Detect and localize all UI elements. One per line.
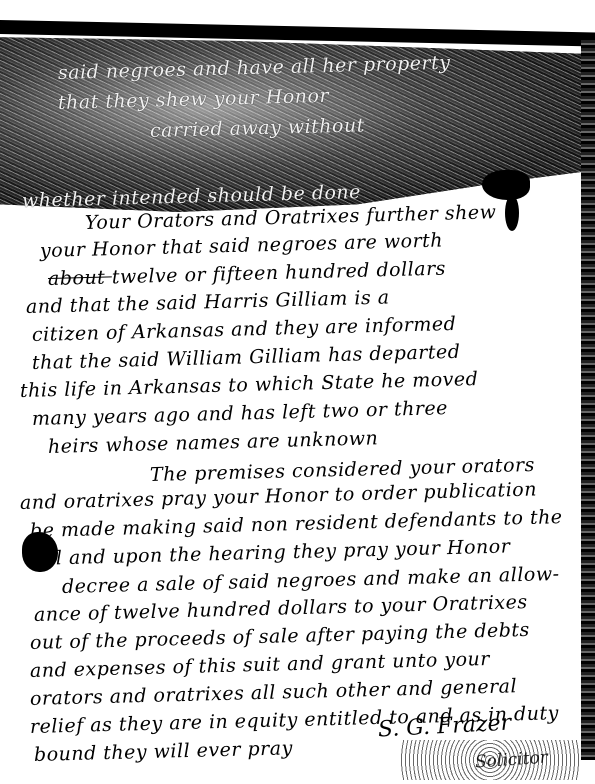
text-line-content: twelve or fifteen hundred dollars	[112, 258, 447, 289]
text-line: your Honor that said negroes are worth	[40, 229, 444, 262]
text-line-content: and that the said Harris Gilliam is a	[26, 286, 390, 318]
text-line: and that the said Harris Gilliam is a	[26, 286, 390, 318]
text-line: many years ago and has left two or three	[32, 397, 448, 430]
ink-blot	[482, 170, 530, 200]
page-right-edge	[581, 40, 595, 760]
text-line: bound they will ever pray	[34, 737, 293, 766]
text-line-content: your Honor that said negroes are worth	[40, 229, 444, 262]
text-line: about twelve or fifteen hundred dollars	[48, 258, 446, 290]
text-line-content: bill and upon the hearing they pray your…	[30, 535, 511, 570]
text-line: heirs whose names are unknown	[48, 427, 379, 458]
ink-blot-drip	[505, 195, 519, 231]
text-line-content: heirs whose names are unknown	[48, 427, 379, 458]
text-line-content: bound they will ever pray	[34, 737, 293, 766]
text-line-content: this life in Arkansas to which State he …	[20, 368, 479, 402]
text-line-content: that the said William Gilliam has depart…	[32, 341, 461, 374]
text-line: this life in Arkansas to which State he …	[20, 368, 479, 402]
text-line-content: many years ago and has left two or three	[32, 397, 448, 430]
text-line: citizen of Arkansas and they are informe…	[32, 313, 457, 346]
struck-text: about	[48, 266, 112, 290]
document-page: said negroes and have all her propertyth…	[0, 0, 595, 784]
text-line-content: citizen of Arkansas and they are informe…	[32, 313, 457, 346]
text-line: that the said William Gilliam has depart…	[32, 341, 461, 374]
text-line: bill and upon the hearing they pray your…	[30, 535, 511, 570]
